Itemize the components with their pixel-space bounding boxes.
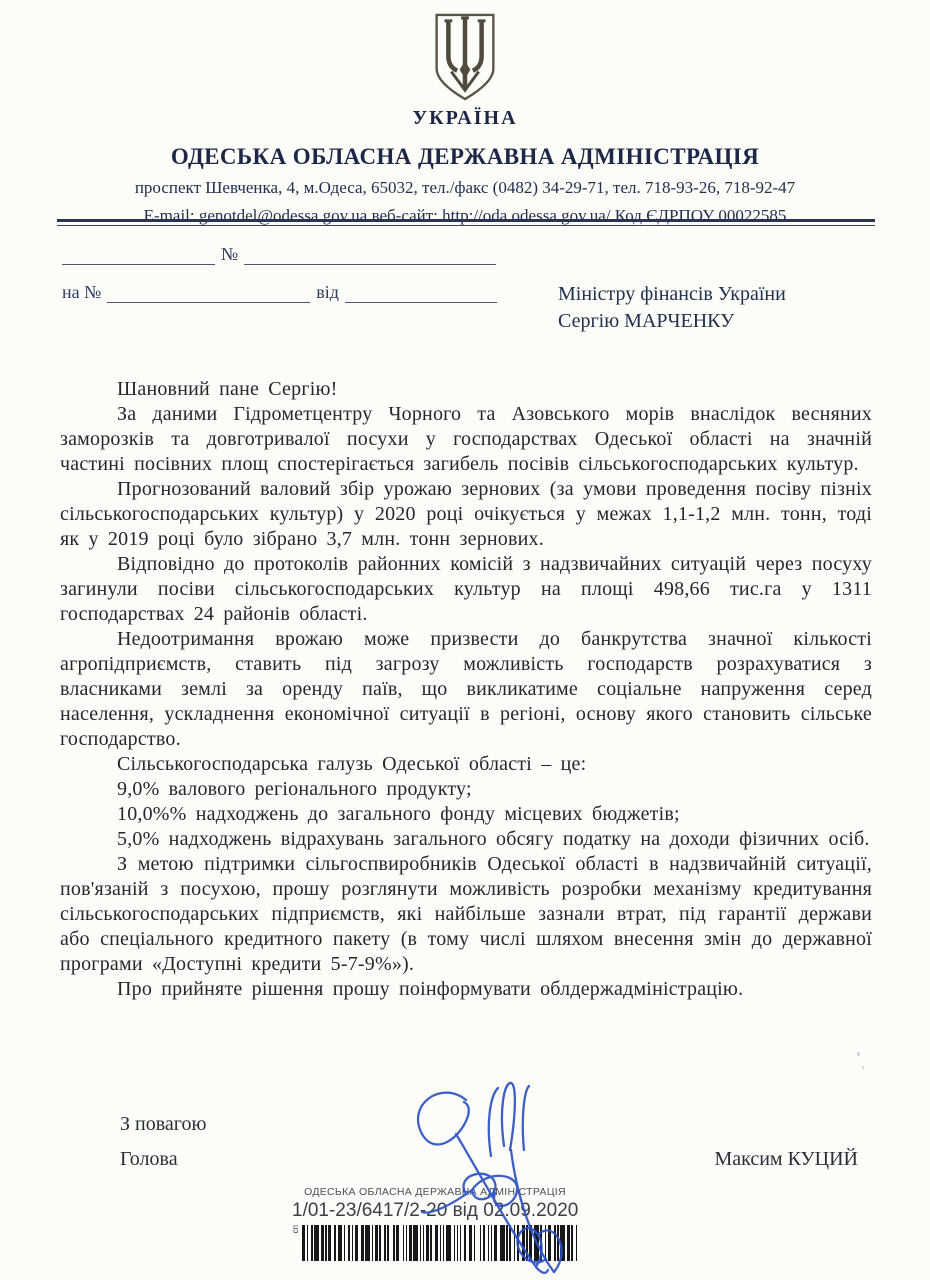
scan-speckle — [862, 1066, 864, 1069]
number-blank-line — [244, 244, 496, 265]
paragraph: Недоотримання врожаю може призвести до б… — [60, 627, 872, 752]
paragraph: Про прийняте рішення прошу поінформувати… — [60, 977, 872, 1002]
paragraph: З метою підтримки сільгоспвиробників Оде… — [60, 852, 872, 977]
signer-name: Максим КУЦИЙ — [714, 1148, 858, 1171]
scan-speckle — [857, 1052, 860, 1056]
scanned-letter-page: УКРАЇНА ОДЕСЬКА ОБЛАСНА ДЕРЖАВНА АДМІНІС… — [0, 0, 930, 1280]
header-divider — [57, 219, 875, 226]
organization-name: ОДЕСЬКА ОБЛАСНА ДЕРЖАВНА АДМІНІСТРАЦІЯ — [0, 144, 930, 170]
barcode-icon — [302, 1225, 578, 1261]
paragraph: За даними Гідрометцентру Чорного та Азов… — [60, 402, 872, 477]
stamp-organization-line: ОДЕСЬКА ОБЛАСНА ДЕРЖАВНА АДМІНІСТРАЦІЯ — [292, 1186, 578, 1198]
letter-body: Шановний пане Сергію! За даними Гідромет… — [60, 377, 872, 1002]
list-item: 10,0%% надходжень до загального фонду мі… — [60, 802, 872, 827]
letterhead: УКРАЇНА ОДЕСЬКА ОБЛАСНА ДЕРЖАВНА АДМІНІС… — [0, 12, 930, 226]
salutation: Шановний пане Сергію! — [60, 377, 872, 402]
list-item: 9,0% валового регіонального продукту; — [60, 777, 872, 802]
paragraph: Сільськогосподарська галузь Одеської обл… — [60, 752, 872, 777]
registration-stamp: ОДЕСЬКА ОБЛАСНА ДЕРЖАВНА АДМІНІСТРАЦІЯ 1… — [292, 1186, 578, 1261]
country-name: УКРАЇНА — [0, 107, 930, 130]
recipient-position: Міністру фінансів України — [558, 281, 786, 308]
barcode-row: сп — [292, 1225, 578, 1261]
reply-reference-row: на № від — [62, 282, 497, 303]
recipient-block: Міністру фінансів України Сергію МАРЧЕНК… — [558, 281, 786, 335]
number-label: № — [221, 244, 238, 265]
closing-phrase: З повагою — [120, 1113, 206, 1136]
ukraine-trident-emblem-icon — [425, 12, 505, 102]
registration-number: 1/01-23/6417/2-20 від 02.09.2020 — [292, 1200, 578, 1222]
reply-blank-line — [107, 282, 310, 303]
barcode-side-text: сп — [292, 1225, 300, 1233]
paragraph: Прогнозований валовий збір урожаю зернов… — [60, 477, 872, 552]
paragraph: Відповідно до протоколів районних комісі… — [60, 552, 872, 627]
date-label: від — [316, 282, 339, 303]
date-blank-line — [62, 244, 215, 265]
reply-label: на № — [62, 282, 101, 303]
signer-title: Голова — [120, 1148, 178, 1171]
list-item: 5,0% надходжень відрахувань загального о… — [60, 827, 872, 852]
address-line: проспект Шевченка, 4, м.Одеса, 65032, те… — [0, 177, 930, 198]
reply-date-blank-line — [345, 282, 497, 303]
recipient-name: Сергію МАРЧЕНКУ — [558, 308, 786, 335]
outgoing-number-row: № — [62, 244, 496, 265]
